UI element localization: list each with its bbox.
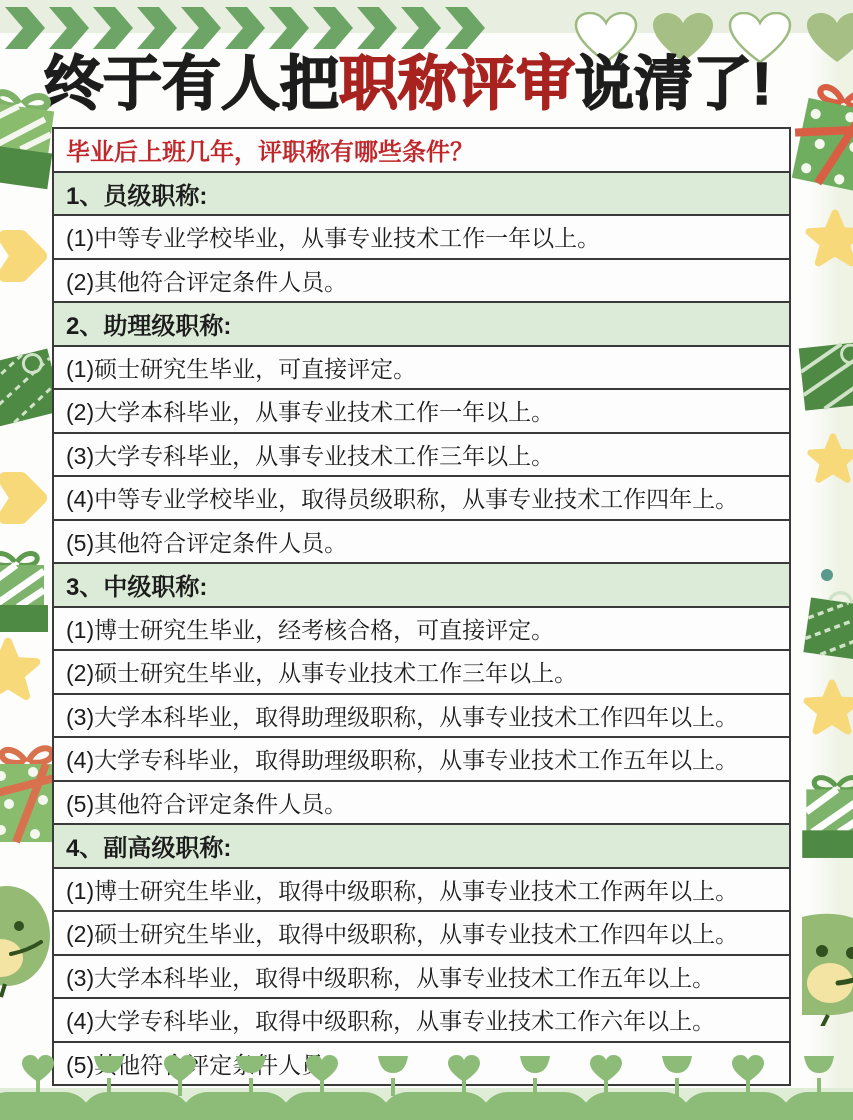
title-highlight: 职称评审 [339,51,575,117]
table-row: (2)硕士研究生毕业，从事专业技术工作三年以上。 [52,649,791,695]
sprout-icon [373,1052,413,1096]
chevron-icon [93,7,133,49]
table-row: (4)大学专科毕业，取得中级职称，从事专业技术工作六年以上。 [52,997,791,1043]
gift-icon [0,548,54,634]
sprout-icon [302,1052,342,1096]
bird-icon [798,910,853,1026]
infographic-page: 终于有人把职称评审说清了! 毕业后上班几年，评职称有哪些条件？ 1、员级职称: … [0,0,853,1120]
bone-icon [0,466,52,530]
table-row: (2)其他符合评定条件人员。 [52,258,791,304]
sprout-icon [231,1052,271,1096]
chevron-icon [445,7,485,49]
star-icon [802,678,853,738]
chevron-icon [357,7,397,49]
bone-icon [0,224,52,288]
table-row: (4)中等专业学校毕业，取得员级职称，从事专业技术工作四年上。 [52,475,791,521]
star-icon [804,208,853,270]
table-row: (1)硕士研究生毕业，可直接评定。 [52,345,791,391]
table-row: (3)大学本科毕业，取得助理级职称，从事专业技术工作四年以上。 [52,693,791,739]
chevron-icon [49,7,89,49]
page-title: 终于有人把职称评审说清了! [44,54,834,116]
section-header: 3、中级职称: [52,562,791,608]
chevron-icon [5,7,45,49]
ground-strip [0,1113,853,1120]
table-row: (1)博士研究生毕业，经考核合格，可直接评定。 [52,606,791,652]
sprout-icon [799,1052,839,1096]
bird-icon [0,884,54,998]
table-row: (4)大学专科毕业，取得助理级职称，从事专业技术工作五年以上。 [52,736,791,782]
sprout-icon [444,1052,484,1096]
sprout-icon [586,1052,626,1096]
sprout-icon [515,1052,555,1096]
gift-icon [796,772,853,860]
title-pre: 终于有人把 [44,51,339,117]
star-icon [0,636,42,704]
gift-icon [794,581,853,676]
section-header: 2、助理级职称: [52,301,791,347]
sprout-icon [160,1052,200,1096]
sprout-icon [18,1052,58,1096]
chevron-icon [181,7,221,49]
chevron-icon [137,7,177,49]
chevron-icon [225,7,265,49]
title-post: 说清了! [575,51,772,117]
table-row: (1)中等专业学校毕业，从事专业技术工作一年以上。 [52,214,791,260]
section-header: 1、员级职称: [52,171,791,217]
sprout-icon [728,1052,768,1096]
dot-icon [820,568,834,582]
requirements-table: 毕业后上班几年，评职称有哪些条件？ 1、员级职称: (1)中等专业学校毕业，从事… [52,127,791,1086]
table-row: (3)大学专科毕业，从事专业技术工作三年以上。 [52,432,791,478]
table-row: (5)其他符合评定条件人员。 [52,519,791,565]
sprout-icon [657,1052,697,1096]
table-row: (2)大学本科毕业，从事专业技术工作一年以上。 [52,388,791,434]
chevron-icon [313,7,353,49]
table-row: (5)其他符合评定条件人员。 [52,780,791,826]
table-row: (1)博士研究生毕业，取得中级职称，从事专业技术工作两年以上。 [52,867,791,913]
table-row: (3)大学本科毕业，取得中级职称，从事专业技术工作五年以上。 [52,954,791,1000]
table-row: (2)硕士研究生毕业，取得中级职称，从事专业技术工作四年以上。 [52,910,791,956]
star-icon [806,432,853,486]
chevron-row [5,7,485,49]
table-question-row: 毕业后上班几年，评职称有哪些条件？ [52,127,791,173]
section-header: 4、副高级职称: [52,823,791,869]
chevron-icon [269,7,309,49]
chevron-icon [401,7,441,49]
sprout-row [0,1052,853,1096]
sprout-icon [89,1052,129,1096]
gift-icon [789,322,853,430]
